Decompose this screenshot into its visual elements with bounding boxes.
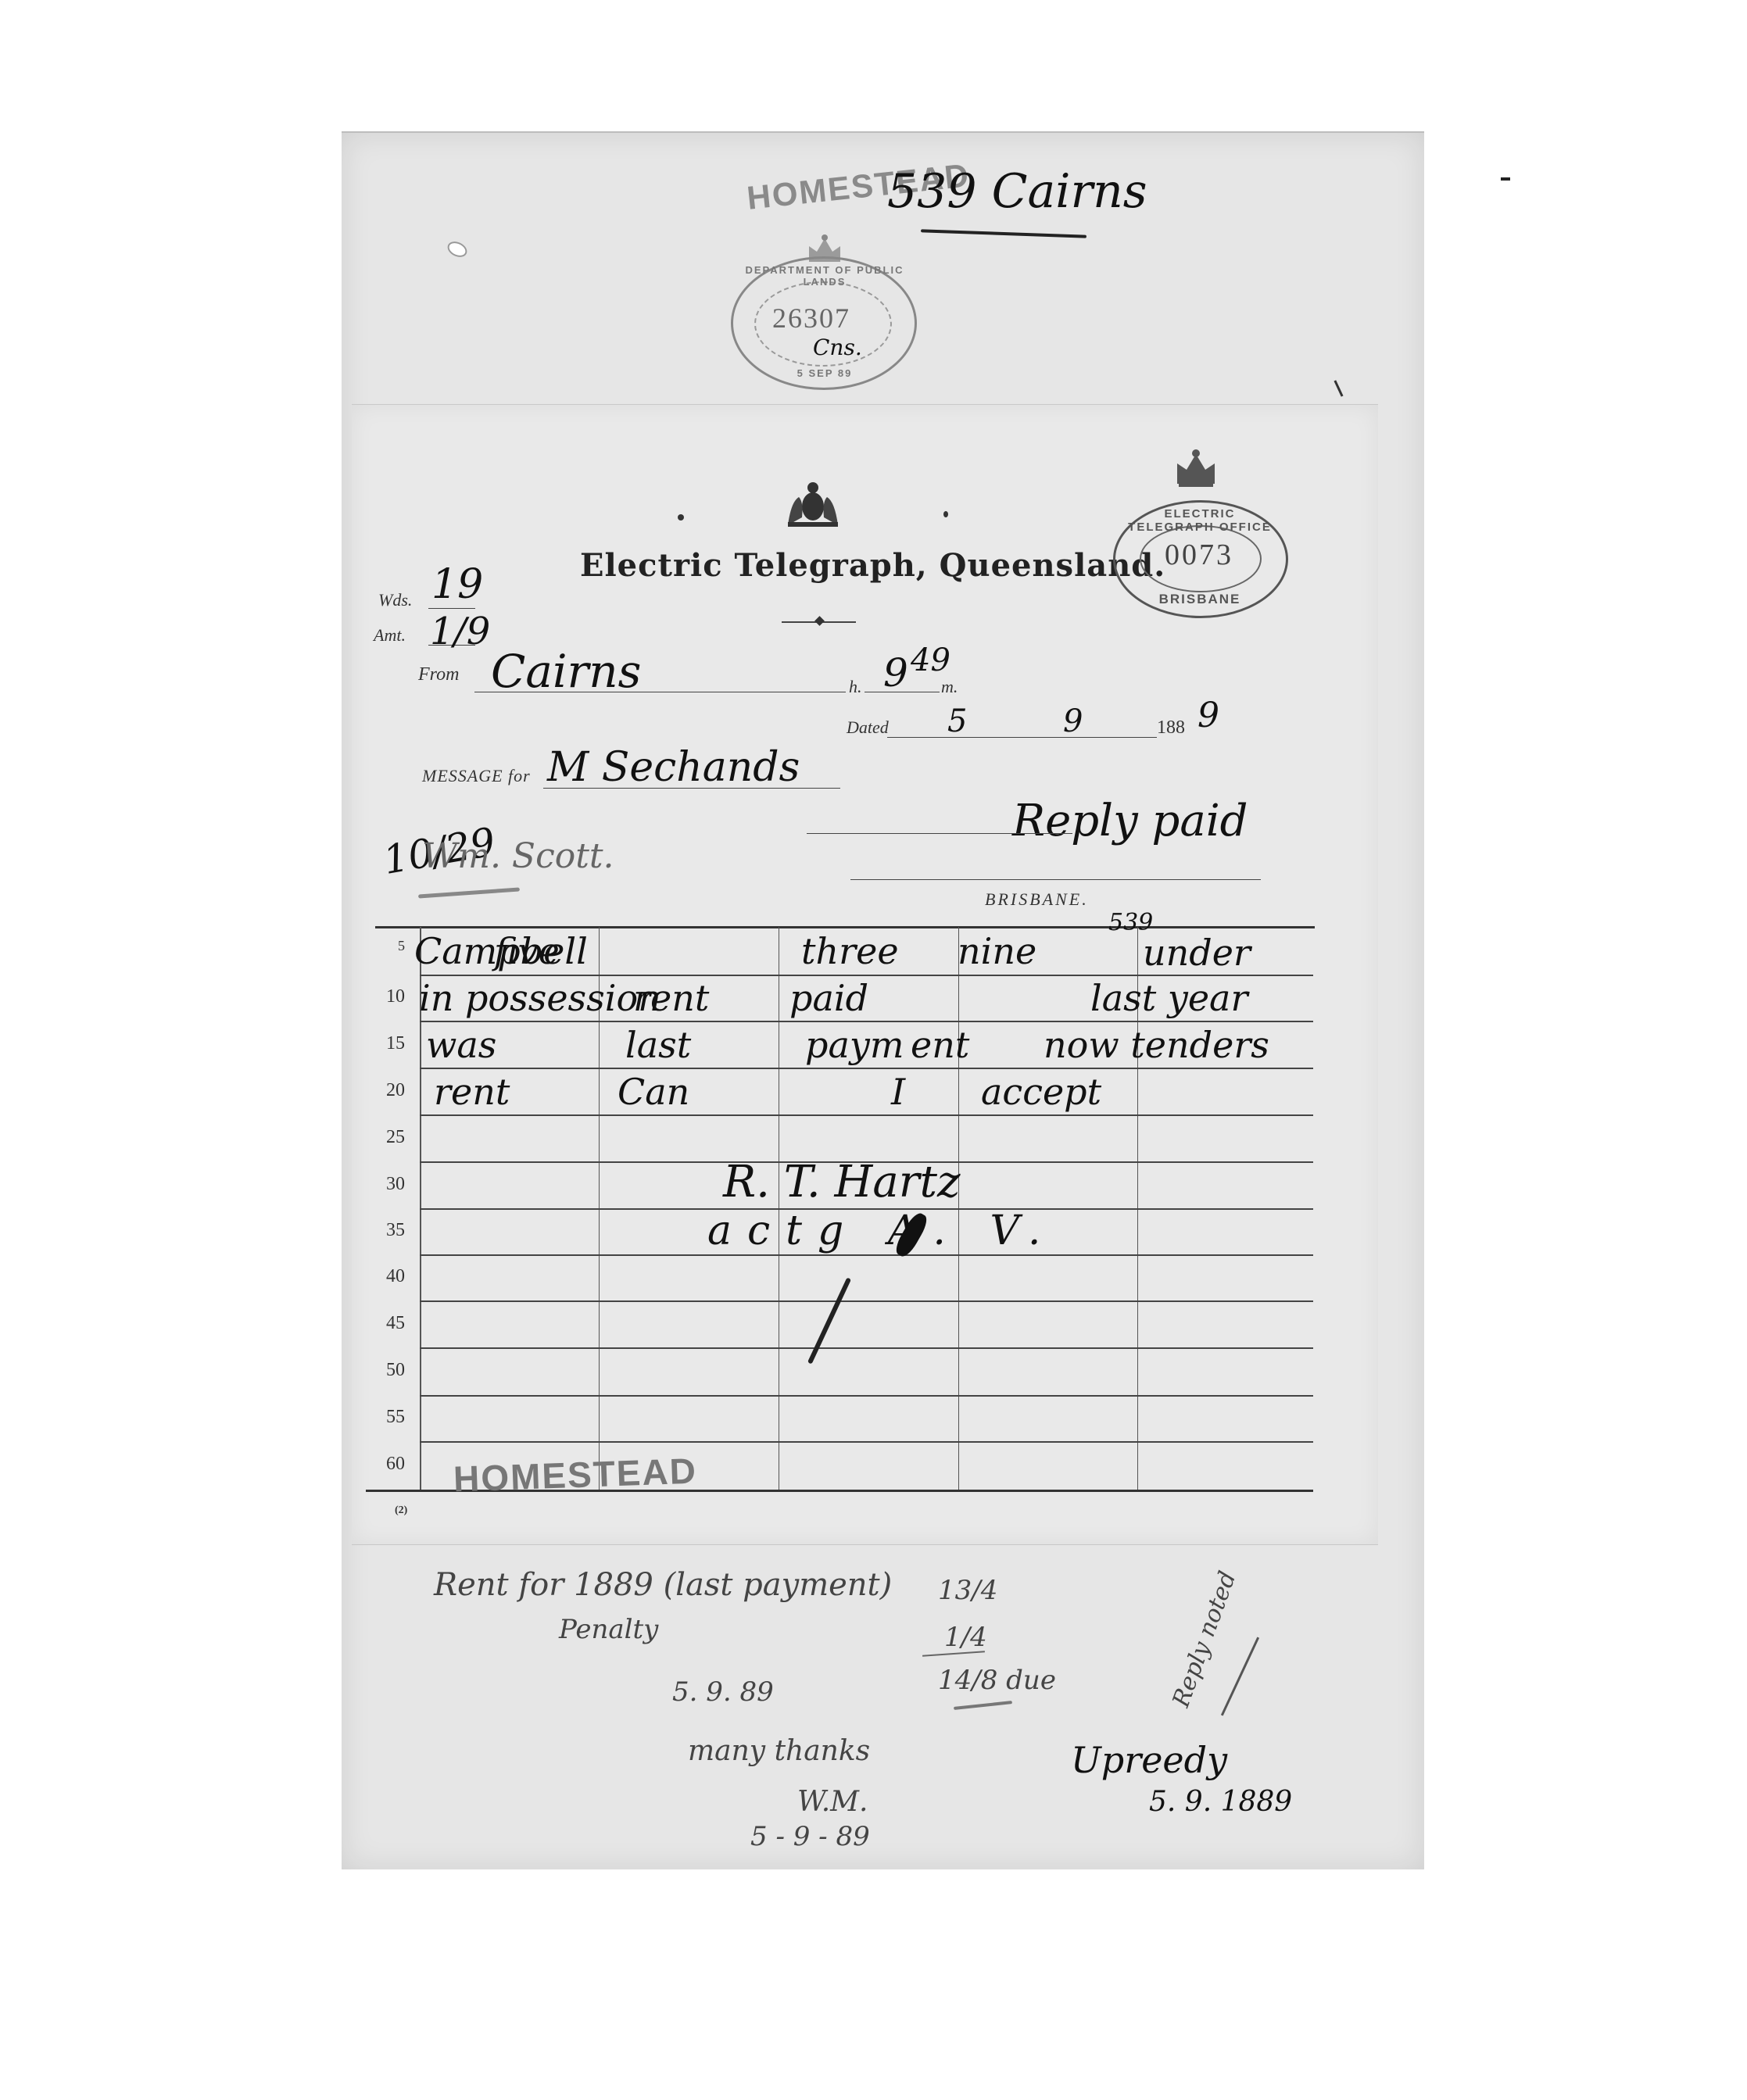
message-word: rent — [633, 977, 709, 1019]
hour-label: h. — [849, 677, 862, 697]
grid-top-border — [375, 926, 1315, 928]
dated-year-suffix: 9 — [1197, 696, 1219, 735]
annotation-calc-2: 1/4 — [944, 1622, 987, 1653]
from-value: Cairns — [491, 645, 641, 698]
message-for-value: M Sechands — [547, 744, 800, 791]
message-word: last year — [1090, 977, 1248, 1019]
public-lands-number: 26307 — [772, 302, 850, 334]
public-lands-date: 5 SEP 89 — [774, 367, 875, 379]
grid-row-line — [420, 1114, 1313, 1116]
message-word: nine — [958, 930, 1036, 972]
stray-mark — [1501, 177, 1510, 181]
office-stamp-number: 0073 — [1165, 538, 1233, 572]
message-word: paid — [789, 977, 868, 1019]
message-word: rent — [434, 1071, 510, 1113]
annotation-many-thanks: many thanks — [688, 1735, 870, 1767]
ornament-dot-right — [943, 511, 948, 517]
reply-line — [807, 833, 1072, 834]
dated-line — [887, 737, 1157, 738]
clerk-note: Wm. Scott. — [422, 836, 614, 876]
reply-paid-note: Reply paid — [1012, 796, 1248, 846]
coat-of-arms-icon — [782, 478, 844, 529]
annotation-calc-1: 13/4 — [938, 1575, 997, 1606]
message-word: paym — [805, 1024, 904, 1066]
grid-row-line — [420, 1021, 1313, 1022]
signature-line-1: R. T. Hartz — [723, 1157, 961, 1207]
grid-row-line — [420, 1347, 1313, 1349]
row-number: 45 — [374, 1313, 405, 1334]
message-for-label: MESSAGE for — [422, 766, 531, 786]
row-number: 40 — [374, 1266, 405, 1287]
row-number: 10 — [374, 986, 405, 1007]
annotation-date-2: 5 - 9 - 89 — [750, 1821, 870, 1852]
words-label: Wds. — [378, 590, 412, 610]
row-number: 5 — [374, 938, 405, 954]
row-number: 35 — [374, 1220, 405, 1241]
form-number: (2) — [395, 1504, 407, 1517]
file-reference: 539 Cairns — [887, 164, 1147, 219]
crown-icon — [1172, 449, 1219, 488]
annotation-initials: W.M. — [797, 1786, 868, 1818]
address-line — [850, 879, 1261, 880]
annotation-signature: Upreedy — [1071, 1739, 1227, 1781]
row-number: 60 — [374, 1454, 405, 1475]
dated-year-prefix: 188 — [1157, 717, 1185, 739]
annotation-calc-total: 14/8 due — [938, 1665, 1056, 1696]
row-number: 50 — [374, 1360, 405, 1381]
message-word: now tenders — [1044, 1024, 1269, 1066]
ornament-dot-left — [678, 514, 684, 521]
grid-row-line — [420, 1395, 1313, 1397]
dated-label: Dated — [847, 717, 889, 738]
message-word: under — [1143, 932, 1251, 974]
row-number: 15 — [374, 1033, 405, 1054]
telegraph-office-stamp: ELECTRIC TELEGRAPH OFFICE 0073 BRISBANE — [1102, 449, 1290, 614]
dated-day: 5 — [947, 703, 967, 739]
message-word: five — [494, 930, 560, 972]
form-title: Electric Telegraph, Queensland. — [580, 547, 1165, 584]
from-label: From — [418, 664, 459, 685]
minute-label: m. — [941, 677, 958, 697]
row-number: 20 — [374, 1080, 405, 1101]
message-word: last — [625, 1024, 691, 1066]
message-word: ent — [911, 1024, 969, 1066]
dated-month: 9 — [1063, 703, 1083, 739]
annotation-rent: Rent for 1889 (last payment) — [434, 1567, 892, 1603]
row-number: 25 — [374, 1127, 405, 1148]
message-word: Can — [618, 1071, 689, 1113]
city-label: BRISBANE. — [985, 889, 1089, 910]
office-ring-text-top: ELECTRIC TELEGRAPH OFFICE — [1126, 507, 1274, 534]
amount-label: Amt. — [374, 625, 406, 646]
annotation-penalty: Penalty — [559, 1614, 658, 1645]
words-line — [428, 608, 475, 609]
minute-value: 49 — [911, 642, 950, 678]
grid-row-line — [420, 975, 1313, 976]
hour-value: 9 — [883, 650, 908, 696]
office-ring-text-bottom: BRISBANE — [1149, 592, 1251, 607]
homestead-stamp-bottom: HOMESTEAD — [453, 1450, 698, 1501]
grid-row-line — [420, 1254, 1313, 1256]
grid-row-line — [420, 1441, 1313, 1443]
public-lands-ring-text: DEPARTMENT OF PUBLIC LANDS — [743, 264, 907, 288]
row-number: 55 — [374, 1407, 405, 1428]
message-word: I — [891, 1071, 905, 1113]
public-lands-handwritten: Cns. — [813, 334, 862, 360]
message-word: in possession — [419, 977, 661, 1019]
message-word: three — [801, 930, 899, 972]
words-value: 19 — [431, 561, 483, 608]
annotation-signature-date: 5. 9. 1889 — [1149, 1786, 1292, 1818]
message-word: accept — [981, 1071, 1101, 1113]
annotation-date-1: 5. 9. 89 — [672, 1676, 774, 1708]
grid-row-line — [420, 1300, 1313, 1302]
public-lands-stamp: DEPARTMENT OF PUBLIC LANDS 26307 Cns. 5 … — [727, 234, 922, 391]
row-number: 30 — [374, 1174, 405, 1195]
message-word: was — [426, 1024, 496, 1066]
signature-line-2: actg A. V. — [707, 1207, 1056, 1254]
amount-value: 1/9 — [430, 610, 490, 653]
grid-row-line — [420, 1068, 1313, 1069]
